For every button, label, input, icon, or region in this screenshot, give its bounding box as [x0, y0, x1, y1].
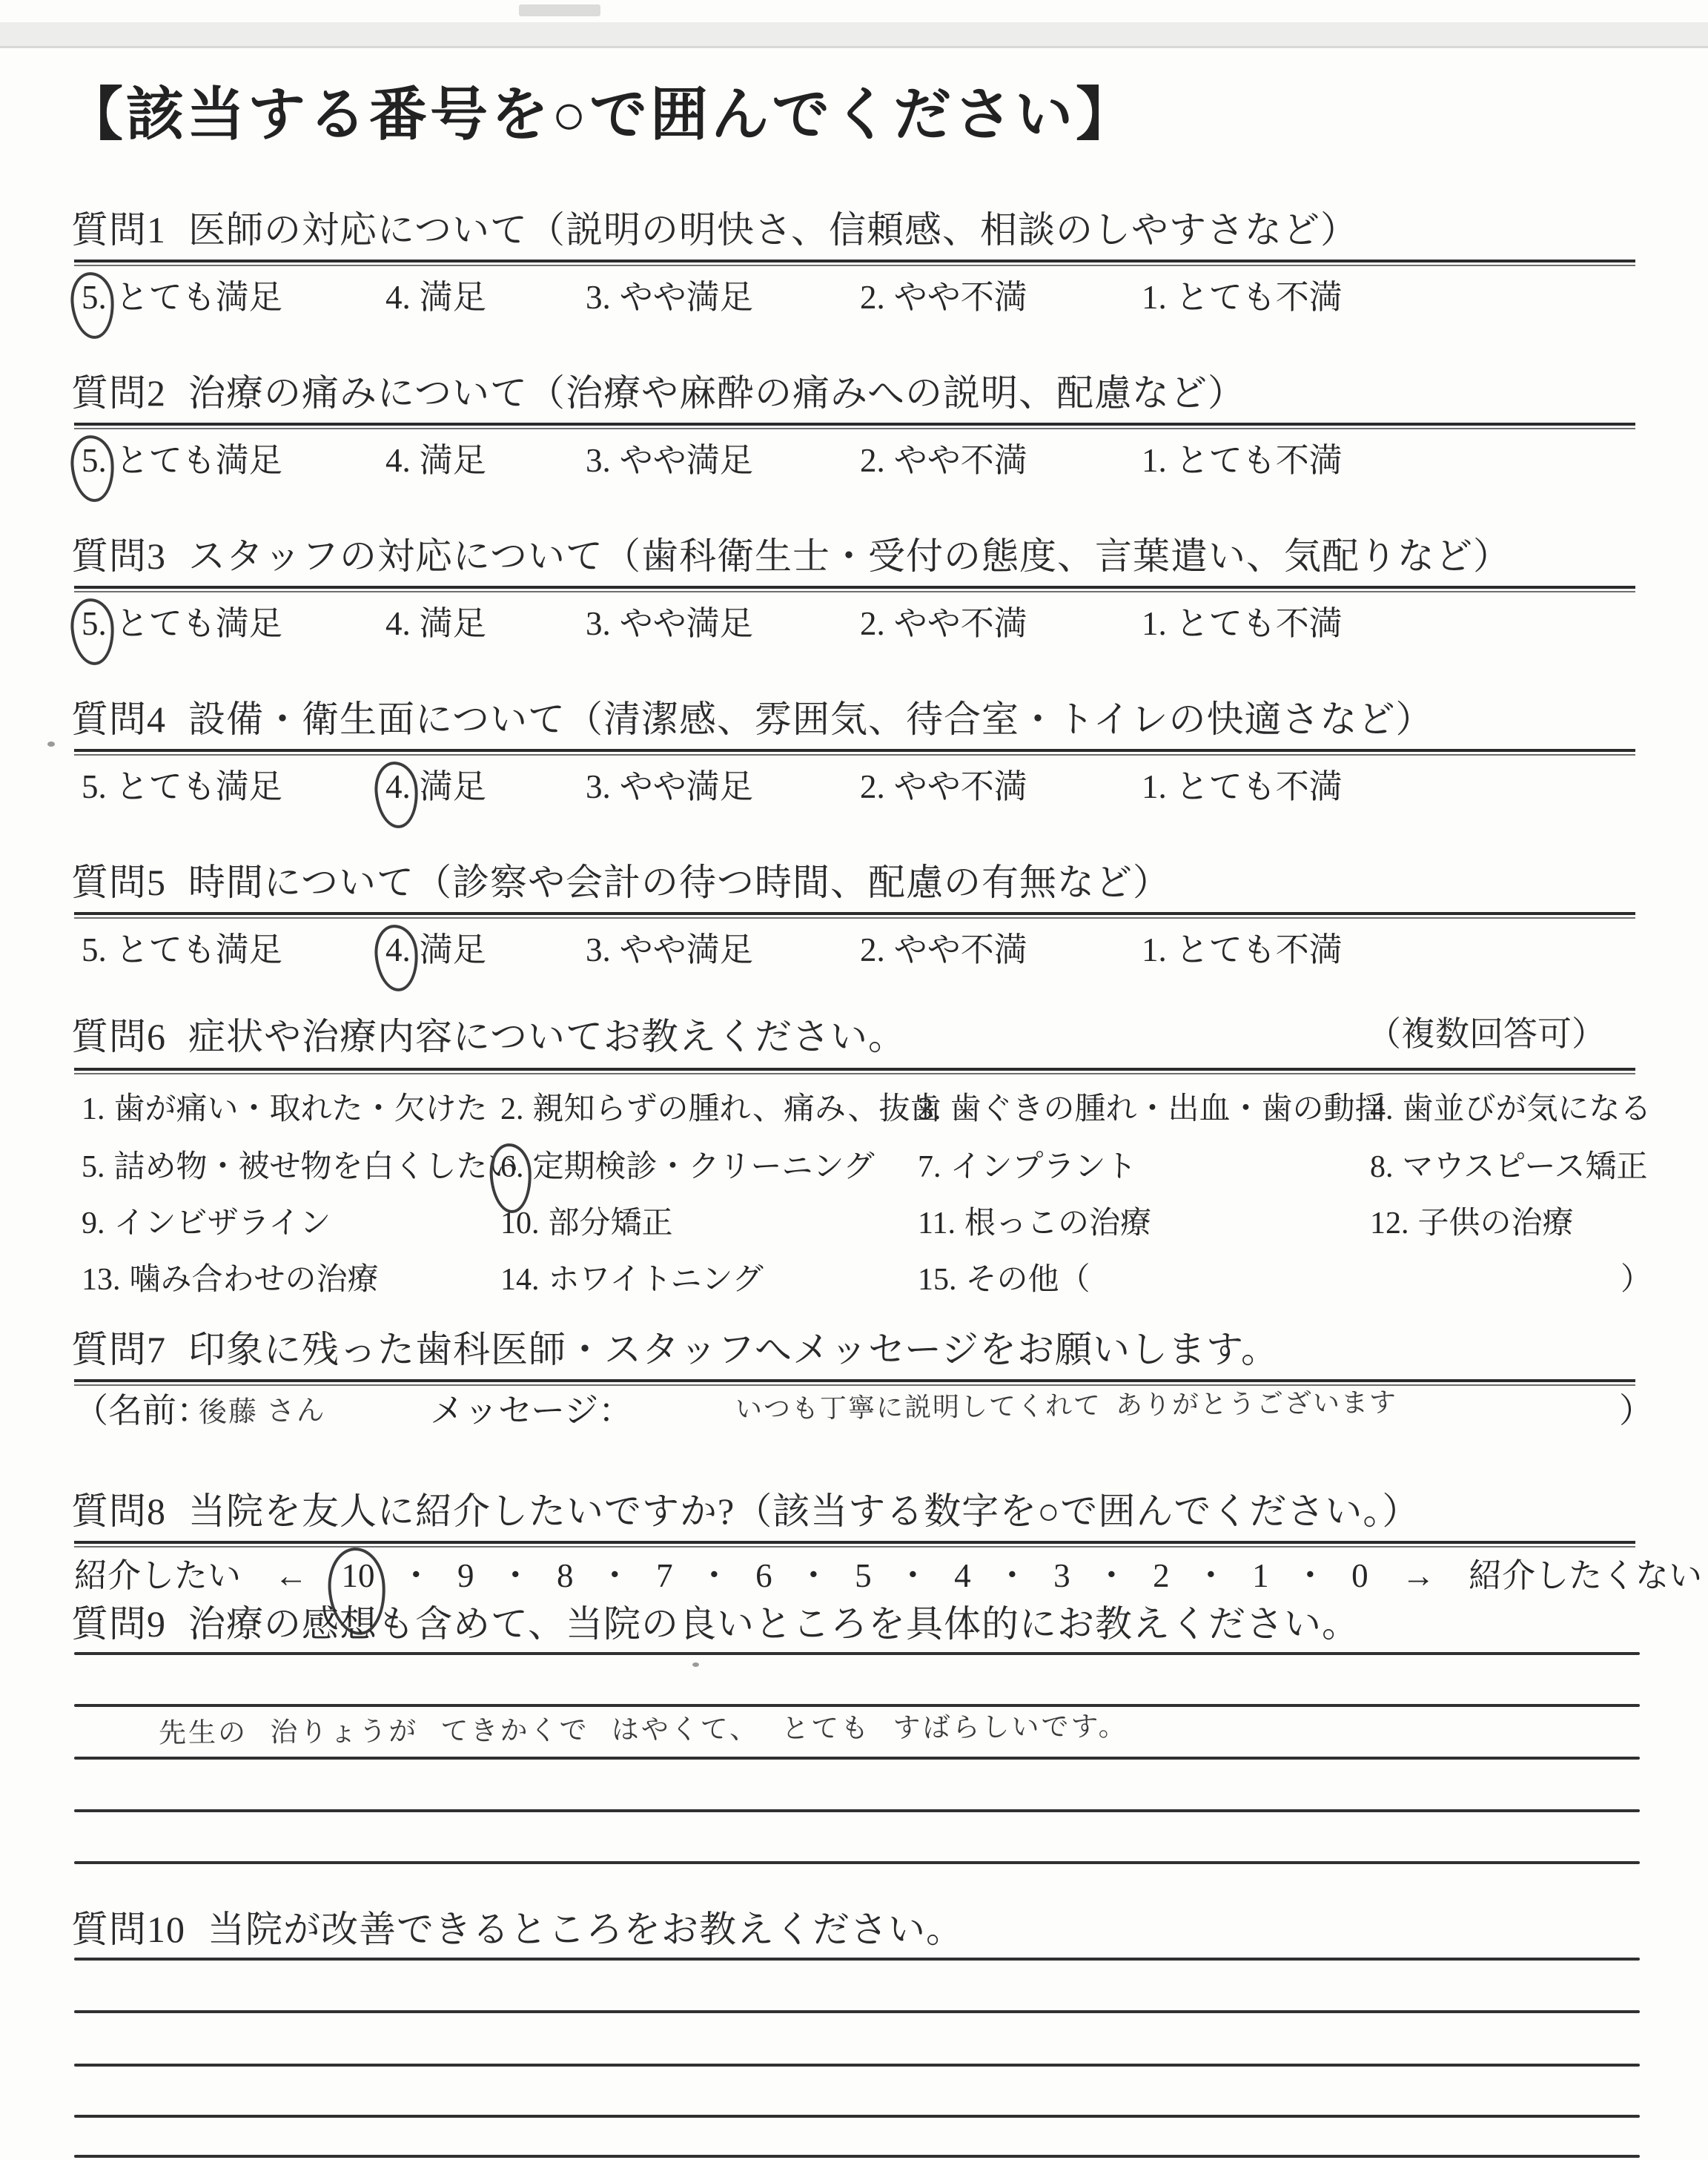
question-2-options: 5.とても満足 4.満足 3.やや満足 2.やや不満 1.とても不満	[0, 433, 1708, 478]
symptom-item-15-other: 15.その他（	[918, 1255, 1090, 1299]
option-1-very-dissatisfied: 1.とても不満	[1142, 596, 1343, 644]
selection-circle: 10	[342, 1556, 375, 1595]
option-number: 1.	[1142, 604, 1167, 643]
dot-separator: ・	[598, 1548, 632, 1596]
option-2-somewhat-dissatisfied: 2.やや不満	[860, 596, 1027, 644]
question-1-rule	[74, 260, 1635, 266]
option-label: やや不満	[894, 596, 1027, 644]
dot-separator: ・	[1294, 1548, 1327, 1596]
question-10-heading: 当院が改善できるところをお教えください。	[208, 1909, 964, 1950]
question-4-options: 5.とても満足 4.満足 3.やや満足 2.やや不満 1.とても不満	[0, 759, 1708, 804]
scale-value-9: 9	[457, 1556, 474, 1595]
symptom-item-12: 12.子供の治療	[1370, 1198, 1574, 1243]
question-8-number: 質問8	[71, 1482, 166, 1535]
scale-value-3: 3	[1053, 1556, 1070, 1595]
question-4-rule	[74, 749, 1635, 756]
option-number: 4.	[385, 604, 411, 643]
item-label: 詰め物・被せ物を白くしたい	[114, 1150, 519, 1184]
answer-line	[74, 2064, 1640, 2067]
item-label: 根っこの治療	[964, 1206, 1151, 1241]
scale-value-1: 1	[1252, 1556, 1269, 1595]
handwritten-message: いつも丁寧に説明してくれて ありがとうございます	[735, 1381, 1398, 1426]
option-label: 満足	[420, 759, 486, 807]
close-paren: ）	[1619, 1384, 1653, 1433]
item-number: 14.	[500, 1262, 540, 1298]
question-3-number: 質問3	[71, 526, 166, 580]
question-3-heading: スタッフの対応について（歯科衛生士・受付の態度、言葉遣い、気配りなど）	[188, 535, 1511, 577]
question-1-options: 5.とても満足 4.満足 3.やや満足 2.やや不満 1.とても不満	[0, 270, 1708, 314]
option-label: やや不満	[894, 433, 1027, 481]
scale-value-8: 8	[557, 1556, 574, 1595]
symptom-item-3: 3.歯ぐきの腫れ・出血・歯の動揺	[918, 1084, 1386, 1129]
option-5-very-satisfied: 5.とても満足	[82, 922, 282, 971]
item-number: 7.	[918, 1149, 941, 1185]
option-label: やや不満	[894, 270, 1027, 318]
option-3-somewhat-satisfied: 3.やや満足	[586, 759, 753, 807]
item-label: ホワイトニング	[549, 1263, 764, 1297]
symptom-item-14: 14.ホワイトニング	[500, 1255, 764, 1299]
option-2-somewhat-dissatisfied: 2.やや不満	[860, 270, 1027, 318]
option-number: 5.	[82, 931, 107, 969]
answer-line	[74, 2115, 1640, 2118]
option-label: とても不満	[1176, 433, 1343, 481]
option-number: 4.	[385, 441, 411, 480]
survey-form-scan: 【該当する番号を○で囲んでください】 質問1医師の対応について（説明の明快さ、信…	[0, 0, 1708, 2160]
option-4-satisfied: 4.満足	[385, 922, 486, 971]
option-3-somewhat-satisfied: 3.やや満足	[586, 922, 753, 971]
option-number: 2.	[860, 604, 885, 643]
option-label: とても満足	[116, 759, 282, 807]
option-number: 2.	[860, 441, 885, 480]
page-title: 【該当する番号を○で囲んでください】	[65, 68, 1136, 151]
item-label: その他（	[966, 1263, 1090, 1297]
scan-artifact-band	[0, 22, 1708, 48]
option-3-somewhat-satisfied: 3.やや満足	[586, 596, 753, 644]
item-number: 8.	[1370, 1149, 1394, 1185]
answer-line	[74, 1958, 1640, 1961]
option-2-somewhat-dissatisfied: 2.やや不満	[860, 922, 1027, 971]
item-label: インプラント	[950, 1150, 1137, 1184]
option-label: やや満足	[620, 270, 753, 318]
option-5-very-satisfied: 5.とても満足	[82, 759, 282, 807]
item-label: 部分矯正	[549, 1206, 673, 1241]
question-5-title: 質問5時間について（診察や会計の待つ時間、配慮の有無など）	[71, 853, 1171, 906]
scale-right-label: 紹介したくない	[1469, 1548, 1702, 1596]
symptom-item-8: 8.マウスピース矯正	[1370, 1142, 1647, 1186]
question-3-title: 質問3スタッフの対応について（歯科衛生士・受付の態度、言葉遣い、気配りなど）	[71, 526, 1511, 580]
scale-value-4: 4	[954, 1556, 971, 1595]
option-number: 3.	[586, 604, 611, 643]
dot-separator: ・	[499, 1548, 532, 1596]
symptom-item-10: 10.部分矯正	[500, 1198, 673, 1243]
dot-separator: ・	[797, 1548, 830, 1596]
option-1-very-dissatisfied: 1.とても不満	[1142, 922, 1343, 971]
selection-circle: 5.	[82, 441, 107, 480]
item-label: 歯並びが気になる	[1403, 1092, 1652, 1126]
item-label: インビザライン	[114, 1206, 331, 1241]
option-number: 3.	[586, 931, 611, 969]
question-5-number: 質問5	[71, 853, 166, 906]
handwritten-comment: 先生の 治りょうが てきかくで はやくて、 とても すばらしいです。	[159, 1703, 1128, 1750]
option-label: とても満足	[116, 596, 282, 644]
option-label: やや満足	[620, 596, 753, 644]
option-label: とても不満	[1176, 596, 1343, 644]
item-number: 9.	[82, 1206, 105, 1241]
question-6-row-1: 1.歯が痛い・取れた・欠けた 2.親知らずの腫れ、痛み、抜歯 3.歯ぐきの腫れ・…	[0, 1084, 1708, 1127]
question-10-number: 質問10	[71, 1900, 185, 1953]
option-label: とても不満	[1176, 922, 1343, 971]
symptom-item-1: 1.歯が痛い・取れた・欠けた	[82, 1084, 488, 1129]
selection-circle: 6.	[500, 1149, 524, 1185]
answer-line	[74, 1757, 1640, 1760]
answer-line	[74, 1652, 1640, 1655]
question-9-title: 質問9治療の感想も含めて、当院の良いところを具体的にお教えください。	[71, 1594, 1360, 1648]
item-number: 4.	[1370, 1091, 1394, 1127]
item-number: 13.	[82, 1262, 121, 1298]
item-number: 2.	[500, 1091, 524, 1127]
question-7-number: 質問7	[71, 1320, 166, 1373]
dot-separator: ・	[896, 1548, 930, 1596]
option-label: やや満足	[620, 922, 753, 971]
option-3-somewhat-satisfied: 3.やや満足	[586, 433, 753, 481]
question-6-number: 質問6	[71, 1007, 166, 1060]
option-number: 1.	[1142, 767, 1167, 806]
option-label: 満足	[420, 922, 486, 971]
option-number: 4.	[385, 278, 411, 317]
option-label: とても満足	[116, 270, 282, 318]
symptom-item-7: 7.インプラント	[918, 1142, 1137, 1186]
symptom-item-13: 13.噛み合わせの治療	[82, 1255, 379, 1299]
question-4-heading: 設備・衛生面について（清潔感、雰囲気、待合室・トイレの快適さなど）	[188, 698, 1434, 740]
answer-line	[74, 2155, 1640, 2158]
dot-separator: ・	[698, 1548, 731, 1596]
scale-value-5: 5	[855, 1556, 872, 1595]
scale-left-label: 紹介したい	[74, 1548, 241, 1596]
question-2-number: 質問2	[71, 363, 166, 417]
answer-line	[74, 1809, 1640, 1812]
question-9-number: 質問9	[71, 1594, 166, 1648]
dot-separator: ・	[400, 1548, 433, 1596]
right-arrow-icon: →	[1402, 1556, 1435, 1595]
option-2-somewhat-dissatisfied: 2.やや不満	[860, 433, 1027, 481]
question-8-title: 質問8当院を友人に紹介したいですか?（該当する数字を○で囲んでください。）	[71, 1482, 1420, 1535]
question-6-row-3: 9.インビザライン 10.部分矯正 11.根っこの治療 12.子供の治療	[0, 1198, 1708, 1241]
option-number: 1.	[1142, 441, 1167, 480]
option-label: 満足	[420, 433, 486, 481]
question-7-answer: （名前： 後藤 さん メッセージ： いつも丁寧に説明してくれて ありがとうござい…	[74, 1384, 1653, 1450]
option-number: 2.	[860, 278, 885, 317]
selection-circle: 4.	[385, 767, 411, 806]
question-9-heading: 治療の感想も含めて、当院の良いところを具体的にお教えください。	[188, 1603, 1360, 1645]
multiple-answers-note: （複数回答可）	[1367, 1007, 1606, 1056]
item-number: 3.	[918, 1091, 941, 1127]
question-3-options: 5.とても満足 4.満足 3.やや満足 2.やや不満 1.とても不満	[0, 596, 1708, 641]
question-1-title: 質問1医師の対応について（説明の明快さ、信頼感、相談のしやすさなど）	[71, 200, 1358, 254]
option-number: 2.	[860, 767, 885, 806]
scan-artifact-smudge	[519, 4, 600, 16]
option-label: やや満足	[620, 759, 753, 807]
handwritten-name: 後藤 さん	[199, 1387, 326, 1430]
option-number: 2.	[860, 931, 885, 969]
selection-circle: 5.	[82, 278, 107, 317]
option-4-satisfied: 4.満足	[385, 596, 486, 644]
option-number: 3.	[586, 767, 611, 806]
symptom-item-5: 5.詰め物・被せ物を白くしたい	[82, 1142, 519, 1186]
option-4-satisfied: 4.満足	[385, 433, 486, 481]
question-7-title: 質問7印象に残った歯科医師・スタッフへメッセージをお願いします。	[71, 1320, 1279, 1373]
item-label: 子供の治療	[1418, 1206, 1574, 1241]
symptom-item-6: 6.定期検診・クリーニング	[500, 1142, 875, 1186]
answer-line	[74, 1861, 1640, 1864]
question-2-title: 質問2治療の痛みについて（治療や麻酔の痛みへの説明、配慮など）	[71, 363, 1245, 417]
option-number: 1.	[1142, 278, 1167, 317]
question-7-heading: 印象に残った歯科医師・スタッフへメッセージをお願いします。	[188, 1329, 1279, 1370]
option-label: 満足	[420, 596, 486, 644]
question-6-heading: 症状や治療内容についてお教えください。	[188, 1016, 906, 1057]
dot-separator: ・	[1194, 1548, 1228, 1596]
question-4-title: 質問4設備・衛生面について（清潔感、雰囲気、待合室・トイレの快適さなど）	[71, 690, 1434, 743]
option-number: 3.	[586, 441, 611, 480]
option-5-very-satisfied: 5.とても満足	[82, 596, 282, 644]
name-field-label: （名前：	[74, 1384, 211, 1433]
symptom-item-11: 11.根っこの治療	[918, 1198, 1151, 1243]
option-label: とても満足	[116, 922, 282, 971]
question-8-rule	[74, 1541, 1635, 1548]
item-number: 10.	[500, 1206, 540, 1241]
option-number: 1.	[1142, 931, 1167, 969]
scan-speck	[47, 742, 55, 747]
selection-circle: 4.	[385, 931, 411, 969]
item-label: 歯ぐきの腫れ・出血・歯の動揺	[950, 1092, 1386, 1126]
question-5-heading: 時間について（診察や会計の待つ時間、配慮の有無など）	[188, 862, 1171, 903]
question-10-title: 質問10当院が改善できるところをお教えください。	[71, 1900, 964, 1953]
question-1-number: 質問1	[71, 200, 166, 254]
option-label: やや不満	[894, 922, 1027, 971]
option-number: 3.	[586, 278, 611, 317]
question-6-rule	[74, 1068, 1635, 1074]
question-2-rule	[74, 423, 1635, 429]
question-2-heading: 治療の痛みについて（治療や麻酔の痛みへの説明、配慮など）	[188, 372, 1245, 414]
item-label: 親知らずの腫れ、痛み、抜歯	[533, 1092, 941, 1126]
option-label: とても満足	[116, 433, 282, 481]
option-3-somewhat-satisfied: 3.やや満足	[586, 270, 753, 318]
item-label: 歯が痛い・取れた・欠けた	[114, 1092, 488, 1126]
item-label: マウスピース矯正	[1403, 1150, 1648, 1184]
option-4-satisfied: 4.満足	[385, 759, 486, 807]
scale-value-0: 0	[1351, 1556, 1368, 1595]
option-4-satisfied: 4.満足	[385, 270, 486, 318]
symptom-item-9: 9.インビザライン	[82, 1198, 331, 1243]
symptom-item-4: 4.歯並びが気になる	[1370, 1084, 1652, 1129]
dot-separator: ・	[996, 1548, 1029, 1596]
option-label: やや満足	[620, 433, 753, 481]
option-5-very-satisfied: 5.とても満足	[82, 433, 282, 481]
option-label: 満足	[420, 270, 486, 318]
scale-value-6: 6	[755, 1556, 772, 1595]
item-number: 12.	[1370, 1206, 1409, 1241]
dot-separator: ・	[1095, 1548, 1128, 1596]
question-1-heading: 医師の対応について（説明の明快さ、信頼感、相談のしやすさなど）	[188, 209, 1358, 251]
option-5-very-satisfied: 5.とても満足	[82, 270, 282, 318]
option-1-very-dissatisfied: 1.とても不満	[1142, 270, 1343, 318]
item-number: 1.	[82, 1091, 105, 1127]
option-label: とても不満	[1176, 759, 1343, 807]
left-arrow-icon: ←	[274, 1556, 308, 1595]
selection-circle: 5.	[82, 604, 107, 643]
question-6-row-2: 5.詰め物・被せ物を白くしたい 6.定期検診・クリーニング 7.インプラント 8…	[0, 1142, 1708, 1185]
scale-value-7: 7	[656, 1556, 673, 1595]
option-label: とても不満	[1176, 270, 1343, 318]
symptom-item-2: 2.親知らずの腫れ、痛み、抜歯	[500, 1084, 941, 1129]
question-5-rule	[74, 912, 1635, 919]
message-field-label: メッセージ：	[430, 1384, 632, 1433]
option-label: やや不満	[894, 759, 1027, 807]
item-number: 15.	[918, 1262, 957, 1298]
item-label: 定期検診・クリーニング	[533, 1150, 875, 1184]
question-8-heading: 当院を友人に紹介したいですか?（該当する数字を○で囲んでください。）	[188, 1490, 1420, 1532]
question-5-options: 5.とても満足 4.満足 3.やや満足 2.やや不満 1.とても不満	[0, 922, 1708, 967]
answer-line	[74, 2010, 1640, 2013]
question-6-title: 質問6症状や治療内容についてお教えください。	[71, 1007, 906, 1060]
question-4-number: 質問4	[71, 690, 166, 743]
option-1-very-dissatisfied: 1.とても不満	[1142, 759, 1343, 807]
item-number: 11.	[918, 1206, 956, 1241]
option-1-very-dissatisfied: 1.とても不満	[1142, 433, 1343, 481]
option-number: 5.	[82, 767, 107, 806]
question-3-rule	[74, 586, 1635, 592]
other-close-paren: ）	[1621, 1255, 1652, 1299]
scale-value-2: 2	[1153, 1556, 1170, 1595]
item-label: 噛み合わせの治療	[130, 1263, 379, 1297]
nps-scale-row: 紹介したい ← 10 ・ 9 ・ 8 ・ 7 ・ 6 ・ 5 ・ 4 ・ 3 ・…	[74, 1548, 1653, 1596]
item-number: 5.	[82, 1149, 105, 1185]
scan-speck	[692, 1662, 699, 1667]
question-6-row-4: 13.噛み合わせの治療 14.ホワイトニング 15.その他（ ）	[0, 1255, 1708, 1298]
option-2-somewhat-dissatisfied: 2.やや不満	[860, 759, 1027, 807]
